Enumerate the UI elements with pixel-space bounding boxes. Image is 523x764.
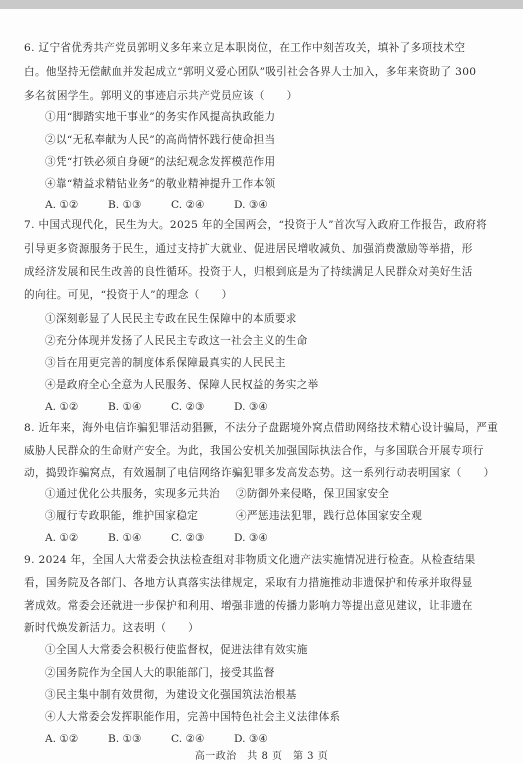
question-9-choice-a: A. ①② [45,732,78,746]
question-8-option-2: ②防御外来侵略，保卫国家安全 [236,487,389,501]
question-9-option-4: ④人大常委会发挥职能作用，完善中国特色社会主义法律体系 [45,710,340,724]
question-6-stem-line-3: 多名贫困学生。郭明义的事迹启示共产党员应该（ ） [24,89,298,103]
question-7-stem-line-4: 的向往。可见，“投资于人”的理念（ ） [24,288,233,302]
question-8-choice-d: D. ③④ [234,531,268,545]
question-7-choice-d: D. ③④ [234,400,268,414]
question-7-choice-c: C. ②③ [171,400,204,414]
question-8-option-4: ④严惩违法犯罪，践行总体国家安全观 [236,509,422,523]
question-7-option-3: ③旨在用更完善的制度体系保障最真实的人民民主 [45,356,286,370]
question-7-stem-line-3: 成经济发展和民生改善的良性循环。投资于人，归根到底是为了持续满足人民群众对美好生… [24,265,473,279]
question-6-choice-d: D. ③④ [234,198,268,212]
question-6-option-2: ②以“无私奉献为人民”的高尚情怀践行使命担当 [45,133,275,147]
question-9-option-3: ③民主集中制有效贯彻，为建设文化强国筑法治根基 [45,688,297,702]
question-8-option-1: ①通过优化公共服务，实现多元共治 [45,487,220,501]
question-6-stem-line-1: 6. 辽宁省优秀共产党员郭明义多年来立足本职岗位，在工作中刻苦攻关，填补了多项技… [24,41,465,55]
question-8-choice-c: C. ②③ [171,531,204,545]
question-8-stem-line-1: 8. 近年来，海外电信诈骗犯罪活动猖獗，不法分子盘踞境外窝点借助网络技术精心设计… [24,421,498,435]
question-9-option-1: ①全国人大常委会积极行使监督权，促进法律有效实施 [45,643,308,657]
question-9-stem-line-3: 著成效。常委会还就进一步保护和利用、增强非遗的传播力影响力等提出意见建议，让非遗… [24,599,473,613]
question-6-choice-c: C. ②④ [171,198,204,212]
scanner-top-bar [0,0,523,9]
question-7-option-1: ①深刻彰显了人民民主专政在民生保障中的本质要求 [45,312,297,326]
question-8-stem-line-2: 威胁人民群众的生命财产安全。为此，我国公安机关加强国际执法合作，与多国联合开展专… [24,444,484,458]
question-7-stem-line-1: 7. 中国式现代化，民生为大。2025 年的全国两会，“投资于人”首次写入政府工… [24,218,487,232]
question-6-stem-line-2: 白。他坚持无偿献血并发起成立“郭明义爱心团队”吸引社会各界人士加入，多年来资助了… [24,65,476,79]
question-6-choice-b: B. ①③ [108,198,142,212]
question-7-option-4: ④是政府全心全意为人民服务、保障人民权益的务实之举 [45,378,319,392]
question-6-option-3: ③凭“打铁必须自身硬”的法纪观念发挥模范作用 [45,155,275,169]
question-9-stem-line-2: 看，国务院及各部门、各地方认真落实法律规定，采取有力措施推动非遗保护和传承并取得… [24,576,473,590]
question-7-choice-b: B. ①④ [108,400,142,414]
question-6-choice-a: A. ①② [45,198,78,212]
question-7-stem-line-2: 引导更多资源服务于民生，通过支持扩大就业、促进居民增收减负、加强消费激励等举措，… [24,242,473,256]
question-9-choice-b: B. ①③ [108,732,142,746]
question-9-stem-line-4: 新时代焕发新活力。这表明（ ） [24,621,199,635]
question-8-choice-a: A. ①② [45,531,78,545]
page-footer: 高一政治 共 8 页 第 3 页 [0,750,523,764]
question-9-stem-line-1: 9. 2024 年，全国人大常委会执法检查组对非物质文化遗产法实施情况进行检查。… [24,553,476,567]
question-9-choice-c: C. ②④ [171,732,204,746]
question-6-option-4: ④靠“精益求精钻业务”的敬业精神提升工作本领 [45,177,275,191]
question-7-option-2: ②充分体现并发扬了人民民主专政这一社会主义的生命 [45,334,308,348]
question-8-stem-line-3: 动，捣毁诈骗窝点，有效遏制了电信网络诈骗犯罪多发高发态势。这一系列行动表明国家（… [24,466,495,480]
question-9-option-2: ②国务院作为全国人大的职能部门，接受其监督 [45,666,275,680]
question-7-choice-a: A. ①② [45,400,78,414]
question-8-choice-b: B. ①④ [108,531,142,545]
question-6-option-1: ①用“脚踏实地干事业”的务实作风提高执政能力 [45,110,275,124]
question-9-choice-d: D. ③④ [234,732,268,746]
question-8-option-3: ③履行专政职能，维护国家稳定 [45,509,198,523]
